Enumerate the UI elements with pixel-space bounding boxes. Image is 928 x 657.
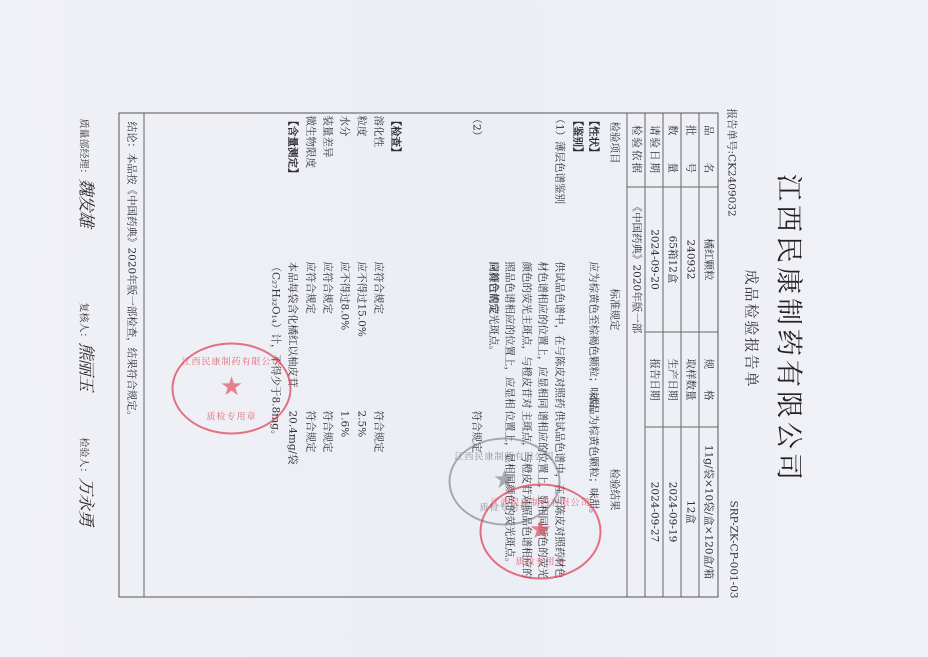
inspector-signature: 检验人：万永勇 <box>75 437 100 525</box>
manager-label: 质量部经理： <box>77 118 88 178</box>
inspection-standard: 应不得过15.0% <box>353 261 370 336</box>
inspection-standard: 应符合规定 <box>302 261 319 314</box>
value-basis: 《中国药典》2020年版一部 <box>627 186 645 596</box>
inspection-item: 微生物限度 <box>302 115 319 168</box>
report-number: 报告单号:CK2409032 <box>724 108 739 216</box>
conclusion: 结论：本品按《中国药典》2020年版一部检查，结果符合规定。 <box>124 121 139 421</box>
report-title: 成品检验报告单 <box>741 0 762 657</box>
value-production-date: 2024-09-19 <box>663 426 681 596</box>
inspection-result: 符合规定 <box>302 410 319 452</box>
report-number-label: 报告单号: <box>725 108 737 154</box>
inspection-result: 2.5% <box>353 410 370 437</box>
report-number-value: CK2409032 <box>725 154 737 217</box>
reviewer-sign: 熊丽玉 <box>75 342 95 390</box>
row-batch: 批 号 240932 取样数量 12盒 <box>680 113 699 596</box>
row-basis: 检验依据 《中国药典》2020年版一部 <box>626 113 645 596</box>
manager-sign: 魏发雄 <box>75 178 95 226</box>
label-batch: 批 号 <box>681 113 699 186</box>
value-product-name: 橘红颗粒 <box>699 186 717 331</box>
value-batch: 240932 <box>681 186 699 331</box>
standard-line: 颜色的荧光主斑点，与橙皮苷对 <box>518 261 535 408</box>
row-product: 品 名 橘红颗粒 规 格 11g/袋×10袋/盒×120盒/箱 <box>698 113 717 596</box>
inspection-item: 溶化性 <box>370 115 387 147</box>
section-inspection: 【检查】 <box>387 115 404 157</box>
label-report-date: 报告日期 <box>645 331 663 426</box>
stamp-red-bottom: 江西民康制药有限公司 ★ 质检专用章 <box>479 483 601 579</box>
standard-line: 照品色谱相应的位置上，应显相 <box>501 261 518 408</box>
label-sample-qty: 取样数量 <box>681 331 699 426</box>
identification-item2-label: （2） <box>468 113 485 141</box>
label-quantity: 数 量 <box>663 113 681 186</box>
row-request-date: 请验日期 2024-09-20 报告日期 2024-09-27 <box>644 113 663 596</box>
identification-item1-label: （1）薄层色谱鉴别 <box>551 113 568 204</box>
value-request-date: 2024-09-20 <box>645 186 663 331</box>
identification-item2-standard: 应符合规定 <box>485 261 502 314</box>
stamp-text: 江西民康制药有限公司 <box>481 495 599 508</box>
col-header-standard: 标准规定 <box>606 288 623 330</box>
inspection-result: 1.6% <box>336 410 353 437</box>
inspection-standard: 应不得过8.0% <box>336 261 353 330</box>
value-spec: 11g/袋×10袋/盒×120盒/箱 <box>699 426 717 596</box>
reviewer-label: 复核人： <box>77 302 88 342</box>
inspection-item: 水分 <box>336 115 353 136</box>
form-code: SRP-ZK-CP-001-03 <box>727 500 739 598</box>
inspection-result: 符合规定 <box>319 410 336 452</box>
inspection-standard: 应符合规定 <box>319 261 336 314</box>
col-header-item: 检验项目 <box>606 121 623 163</box>
inspector-label: 检验人： <box>77 437 88 477</box>
inspection-table: 品 名 橘红颗粒 规 格 11g/袋×10袋/盒×120盒/箱 批 号 2409… <box>118 112 718 597</box>
row-quantity: 数 量 65箱12盒 生产日期 2024-09-19 <box>662 113 681 596</box>
section-identification: 【鉴别】 <box>569 115 586 157</box>
value-report-date: 2024-09-27 <box>645 426 663 596</box>
value-sample-qty: 12盒 <box>681 426 699 596</box>
label-request-date: 请验日期 <box>645 113 663 186</box>
standard-line: 材色谱相应的位置上，应显相同 <box>534 261 551 408</box>
manager-signature: 质量部经理：魏发雄 <box>75 118 100 226</box>
conclusion-divider <box>143 113 144 596</box>
standard-line: 供试品色谱中，在与陈皮对照药 <box>551 261 568 408</box>
inspection-result: 符合规定 <box>370 410 387 452</box>
stamp-text: 质检专用章 <box>481 554 599 567</box>
section-assay: 【含量测定】 <box>284 115 301 178</box>
section-character: 【性状】 <box>585 115 602 157</box>
inspection-item: 粒度 <box>353 115 370 136</box>
company-name: 江西民康制药有限公司 <box>771 0 810 657</box>
stamp-text: 质检专用章 <box>173 409 289 422</box>
inspection-standard: 应符合规定 <box>370 261 387 314</box>
assay-standard-line1: 本品每袋含化橘红以柚皮苷 <box>284 261 301 387</box>
stamp-star-icon: ★ <box>528 515 551 545</box>
report-page: 江西民康制药有限公司 成品检验报告单 报告单号:CK2409032 SRP-ZK… <box>0 0 928 657</box>
label-production-date: 生产日期 <box>663 331 681 426</box>
label-basis: 检验依据 <box>627 113 645 186</box>
col-header-result: 检验结果 <box>606 468 623 510</box>
value-quantity: 65箱12盒 <box>663 186 681 331</box>
reviewer-signature: 复核人：熊丽玉 <box>75 302 100 390</box>
inspector-sign: 万永勇 <box>75 477 95 525</box>
inspection-item: 装量差异 <box>319 115 336 157</box>
stamp-text: 江西民康制药有限公司 <box>450 449 558 462</box>
stamp-red-top: 江西民康制药有限公司 ★ 质检专用章 <box>171 342 291 434</box>
stamp-star-icon: ★ <box>219 372 242 402</box>
label-spec: 规 格 <box>699 331 717 426</box>
label-product-name: 品 名 <box>699 113 717 186</box>
stamp-text: 江西民康制药有限公司 <box>173 354 289 367</box>
